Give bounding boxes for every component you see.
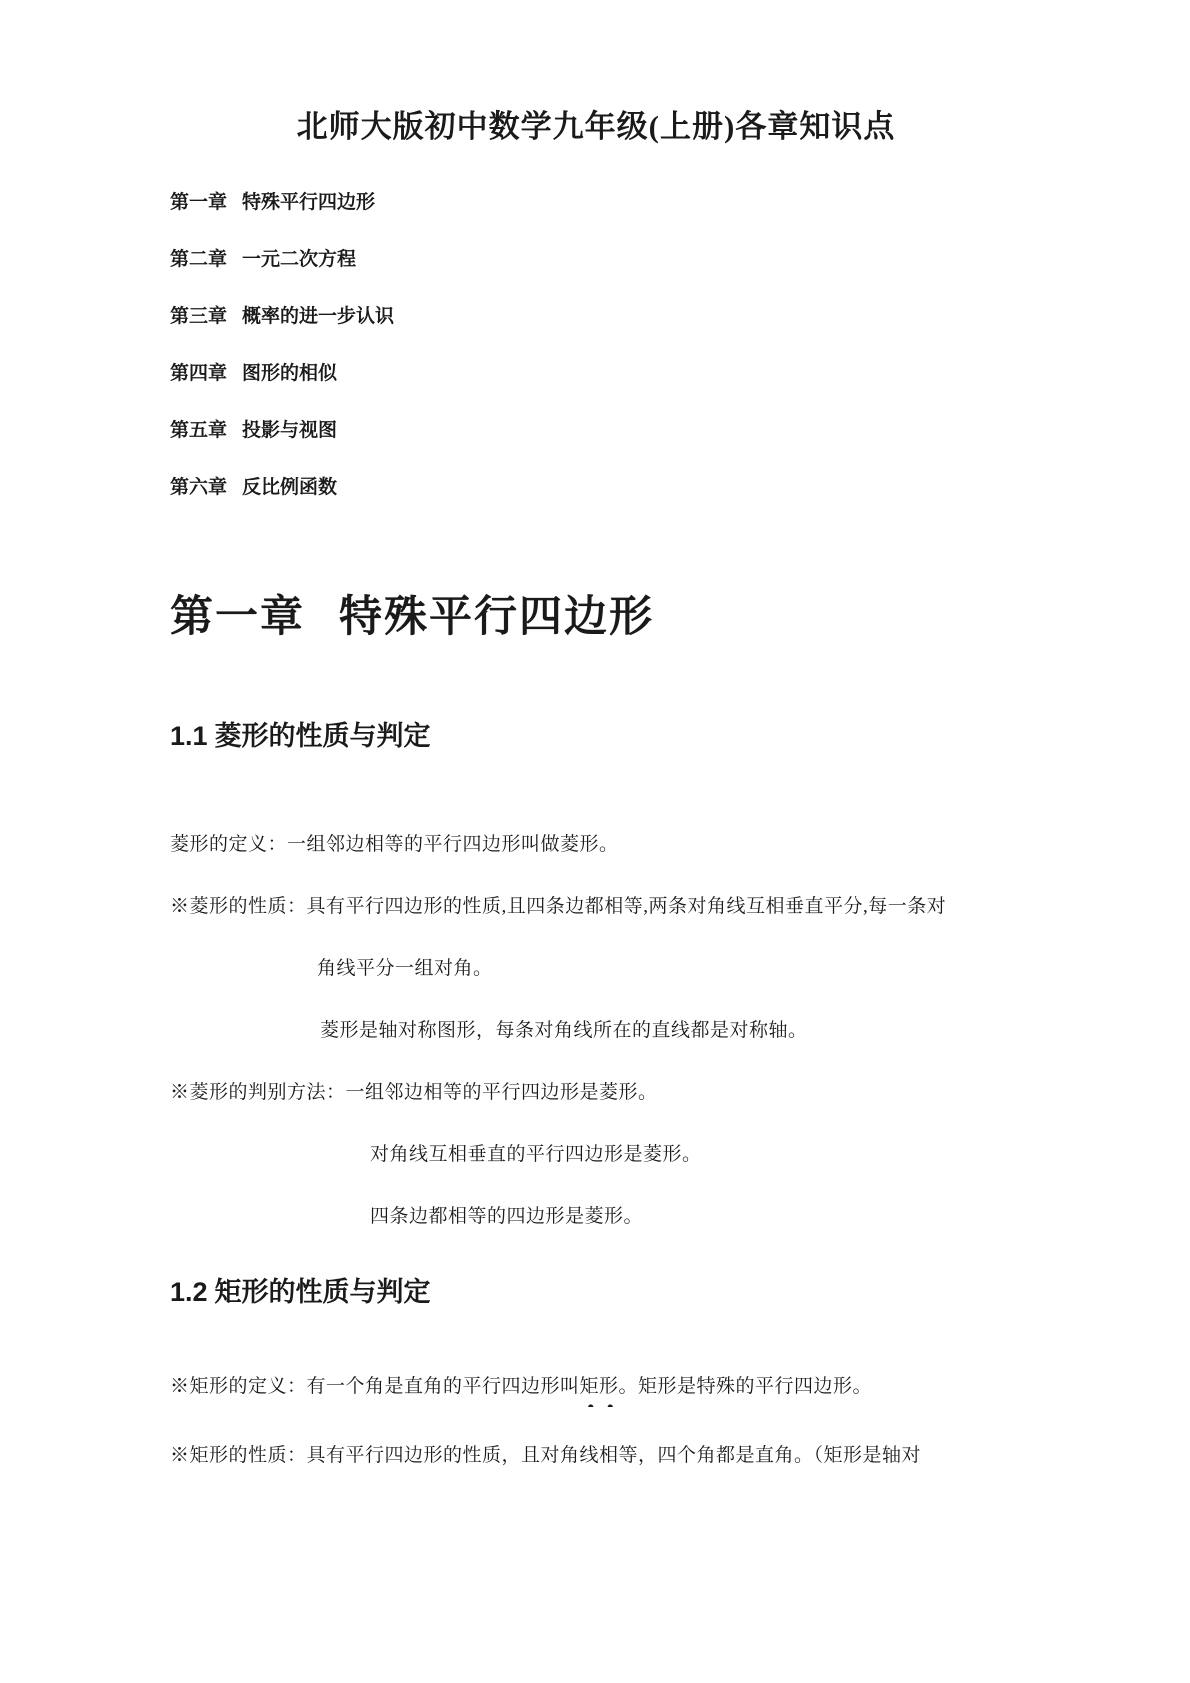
- emphasized-text: 矩形: [580, 1376, 619, 1407]
- chapter-list-item: 第三章概率的进一步认识: [170, 305, 1022, 329]
- section-1-1-heading: 1.1菱形的性质与判定: [170, 718, 1022, 754]
- text-line: ※菱形的性质：具有平行四边形的性质,且四条边都相等,两条对角线互相垂直平分,每一…: [170, 894, 1022, 920]
- section-1-1-number: 1.1: [170, 721, 208, 751]
- section-1-1-title: 菱形的性质与判定: [215, 721, 431, 751]
- chapter-list-item: 第五章投影与视图: [170, 419, 1022, 443]
- chapter-list-item: 第二章一元二次方程: [170, 248, 1022, 272]
- text-line: ※菱形的判别方法：一组邻边相等的平行四边形是菱形。: [170, 1080, 1022, 1106]
- definition-text-post: 。矩形是特殊的平行四边形。: [619, 1376, 873, 1397]
- chapter-list-item: 第四章图形的相似: [170, 362, 1022, 386]
- chapter-1-heading-title: 特殊平行四边形: [339, 594, 654, 641]
- chapter-1-heading: 第一章特殊平行四边形: [170, 590, 1022, 646]
- chapter-number: 第五章: [170, 420, 227, 441]
- chapter-list: 第一章特殊平行四边形 第二章一元二次方程 第三章概率的进一步认识 第四章图形的相…: [170, 191, 1022, 500]
- text-line: 对角线互相垂直的平行四边形是菱形。: [370, 1142, 1022, 1168]
- chapter-number: 第二章: [170, 249, 227, 270]
- section-1-2-heading: 1.2矩形的性质与判定: [170, 1274, 1022, 1310]
- section-1-1-body: 菱形的定义：一组邻边相等的平行四边形叫做菱形。 ※菱形的性质：具有平行四边形的性…: [170, 832, 1022, 1230]
- chapter-list-item: 第一章特殊平行四边形: [170, 191, 1022, 215]
- chapter-title: 概率的进一步认识: [242, 306, 394, 327]
- definition-text-pre: ※矩形的定义：有一个角是直角的平行四边形叫: [170, 1376, 580, 1397]
- chapter-1-heading-number: 第一章: [170, 594, 305, 641]
- chapter-number: 第六章: [170, 477, 227, 498]
- text-line: ※矩形的定义：有一个角是直角的平行四边形叫矩形。矩形是特殊的平行四边形。: [170, 1374, 1022, 1400]
- text-line: 菱形的定义：一组邻边相等的平行四边形叫做菱形。: [170, 832, 1022, 858]
- chapter-title: 一元二次方程: [242, 249, 356, 270]
- section-1-2-title: 矩形的性质与判定: [215, 1277, 431, 1307]
- section-1-2-body: ※矩形的定义：有一个角是直角的平行四边形叫矩形。矩形是特殊的平行四边形。 ※矩形…: [170, 1374, 1022, 1469]
- chapter-list-item: 第六章反比例函数: [170, 476, 1022, 500]
- chapter-title: 反比例函数: [242, 477, 337, 498]
- text-line: ※矩形的性质：具有平行四边形的性质，且对角线相等，四个角都是直角。（矩形是轴对: [170, 1443, 1022, 1469]
- chapter-number: 第三章: [170, 306, 227, 327]
- chapter-number: 第四章: [170, 363, 227, 384]
- chapter-title: 图形的相似: [242, 363, 337, 384]
- document-title: 北师大版初中数学九年级(上册)各章知识点: [170, 105, 1022, 149]
- chapter-title: 投影与视图: [242, 420, 337, 441]
- chapter-number: 第一章: [170, 192, 227, 213]
- text-line: 角线平分一组对角。: [317, 956, 1022, 982]
- document-page: 北师大版初中数学九年级(上册)各章知识点 第一章特殊平行四边形 第二章一元二次方…: [0, 0, 1190, 1683]
- section-1-2-number: 1.2: [170, 1277, 208, 1307]
- text-line: 四条边都相等的四边形是菱形。: [370, 1204, 1022, 1230]
- chapter-title: 特殊平行四边形: [242, 192, 375, 213]
- text-line: 菱形是轴对称图形，每条对角线所在的直线都是对称轴。: [320, 1018, 1022, 1044]
